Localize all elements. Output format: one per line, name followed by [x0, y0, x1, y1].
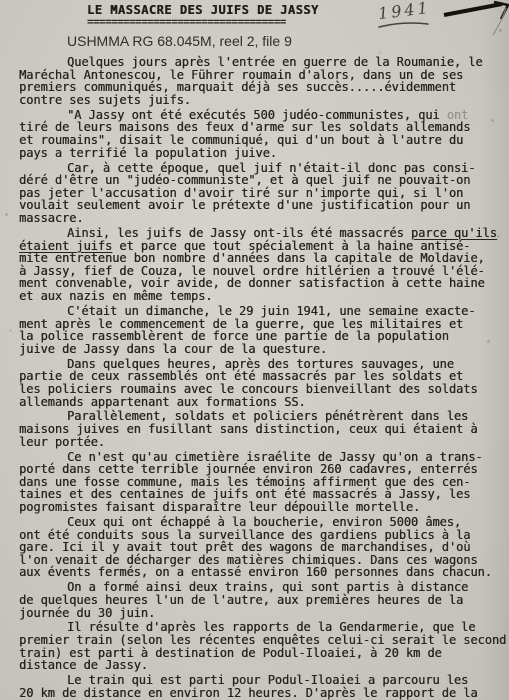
paragraph: Il résulte d'après les rapports de la Ge… — [19, 621, 507, 672]
scanned-page: LE MASSACRE DES JUIFS DE JASSY =========… — [0, 0, 509, 700]
paragraph: Dans quelques heures, après des tortures… — [19, 358, 507, 409]
paragraph: Le train qui est parti pour Podul-Iloaie… — [19, 674, 507, 699]
text-line: pays a terrifié la population juive. — [19, 147, 507, 160]
text-line: massacre. — [19, 212, 507, 225]
text-run: aux évents fermés, on a entassé environ … — [19, 565, 492, 579]
text-line: contre ses sujets juifs. — [19, 94, 507, 107]
text-run: ont — [447, 108, 469, 122]
text-line: aux évents fermés, on a entassé environ … — [19, 566, 507, 579]
text-run: contre ses sujets juifs. — [19, 93, 191, 107]
stamp-fragment-icon — [436, 0, 509, 40]
document-body: Quelques jours après l'entrée en guerre … — [19, 56, 507, 700]
text-line: pogromistes faisant disparaître leur dép… — [19, 501, 507, 514]
paragraph: Car, à cette époque, quel juif n'était-i… — [19, 162, 507, 225]
title-block: LE MASSACRE DES JUIFS DE JASSY =========… — [87, 3, 319, 26]
text-run: allemands appartenant aux formations SS. — [19, 395, 306, 409]
text-run: voulait seulement avoir le prétexte d'un… — [19, 198, 470, 212]
paragraph: On a formé ainsi deux trains, qui sont p… — [19, 581, 507, 619]
text-run: et aux nazis en même temps. — [19, 289, 212, 303]
archive-reference: USHMMA RG 68.045M, reel 2, file 9 — [67, 33, 292, 49]
paragraph: Ainsi, les juifs de Jassy ont-ils été ma… — [19, 227, 507, 303]
text-run: distance de Jassy. — [19, 658, 148, 672]
text-run: leur portée. — [19, 435, 105, 449]
text-line: leur portée. — [19, 436, 507, 449]
text-run: pays a terrifié la population juive. — [19, 146, 277, 160]
paragraph: C'était un dimanche, le 29 juin 1941, un… — [19, 305, 507, 356]
paragraph: Parallèlement, soldats et policiers péné… — [19, 410, 507, 448]
text-run: pogromistes faisant disparaître leur dép… — [19, 500, 420, 514]
paragraph: "A Jassy ont été exécutés 500 judéo-comm… — [19, 109, 507, 160]
text-run: 20 km de distance en environ 12 heures. … — [19, 686, 478, 700]
paragraph: Quelques jours après l'entrée en guerre … — [19, 56, 507, 107]
text-line: distance de Jassy. — [19, 659, 507, 672]
title-underline: ================================= — [87, 18, 319, 26]
text-line: allemands appartenant aux formations SS. — [19, 396, 507, 409]
text-line: voulait seulement avoir le prétexte d'un… — [19, 199, 507, 212]
text-line: journée du 30 juin. — [19, 607, 507, 620]
text-run: journée du 30 juin. — [19, 606, 155, 620]
text-run: massacre. — [19, 211, 83, 225]
handwritten-underline-icon — [377, 20, 431, 30]
text-run: juive de Jassy dans la cour de la questu… — [19, 342, 327, 356]
text-line: 20 km de distance en environ 12 heures. … — [19, 687, 507, 700]
paper-specks — [0, 0, 1, 1]
paragraph: Ceux qui ont échappé à la boucherie, env… — [19, 516, 507, 579]
text-line: et aux nazis en même temps. — [19, 290, 507, 303]
paragraph: Ce n'est qu'au cimetière israélite de Ja… — [19, 451, 507, 514]
text-line: juive de Jassy dans la cour de la questu… — [19, 343, 507, 356]
